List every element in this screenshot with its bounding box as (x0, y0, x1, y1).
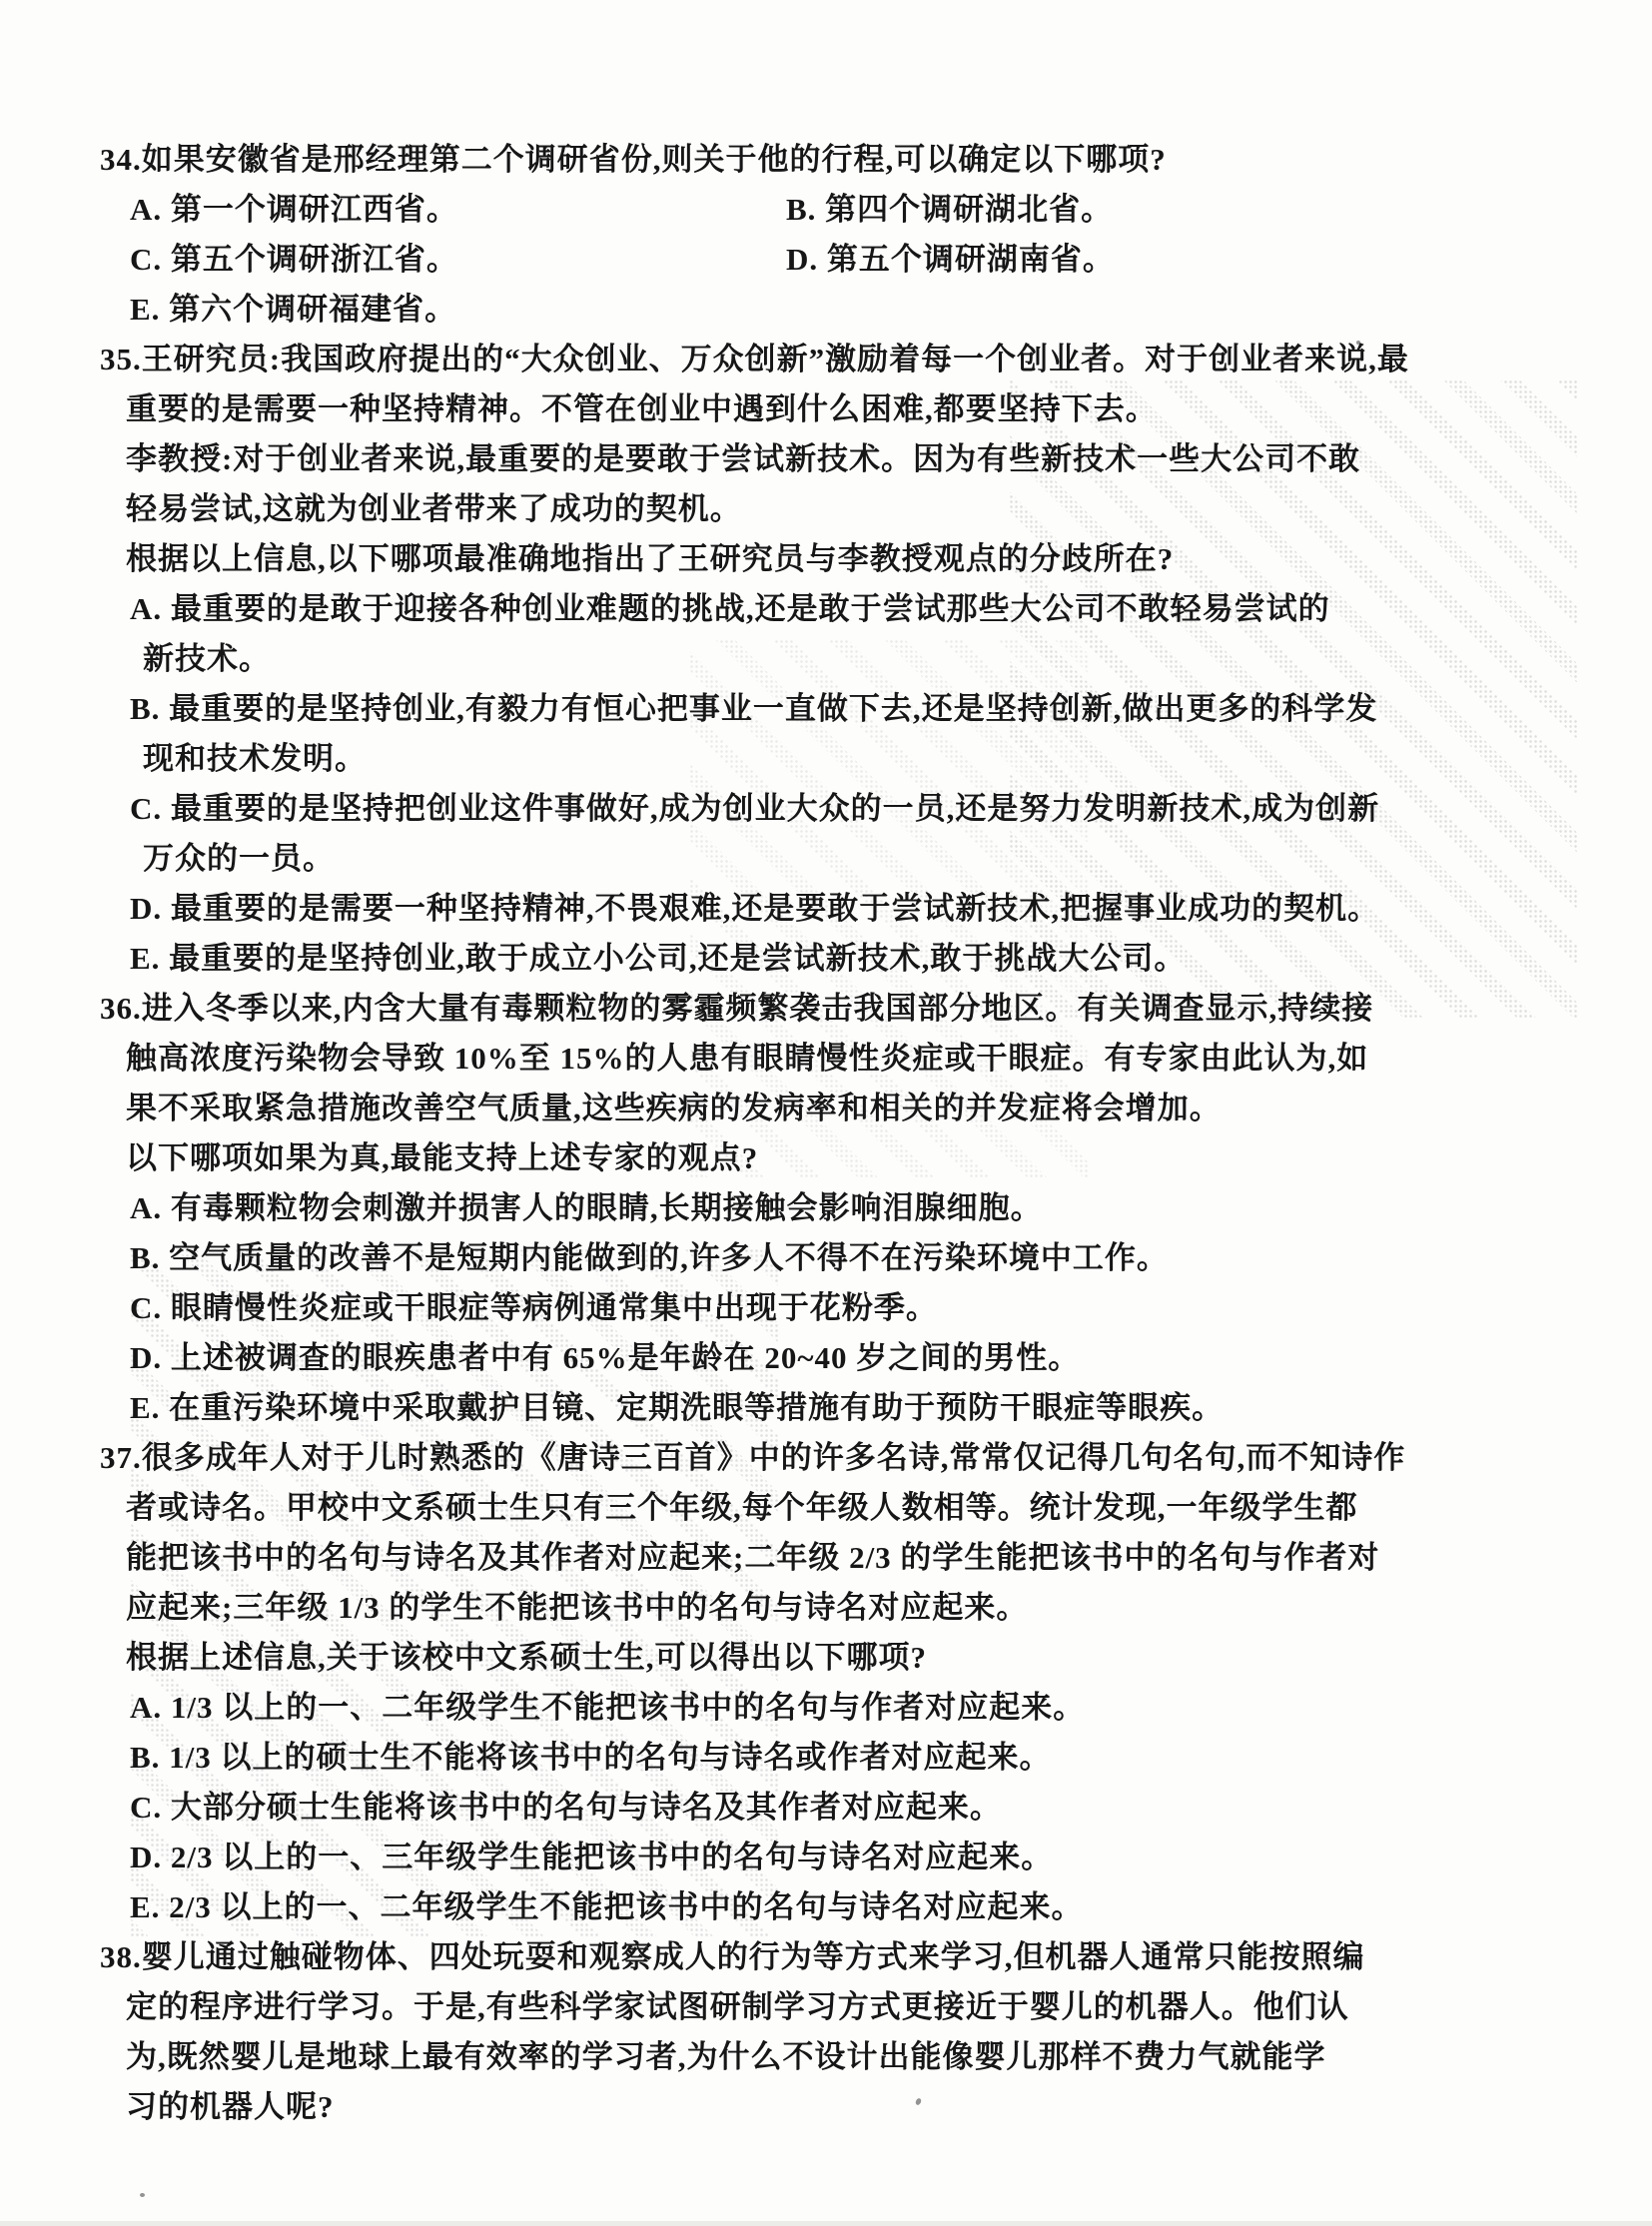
question-38-stem: 38.婴儿通过触碰物体、四处玩耍和观察成人的行为等方式来学习,但机器人通常只能按… (0, 1932, 1652, 1982)
question-35-option-A: A. 最重要的是敢于迎接各种创业难题的挑战,还是敢于尝试那些大公司不敢轻易尝试的 (0, 584, 1652, 634)
question-34-stem: 34.如果安徽省是邢经理第二个调研省份,则关于他的行程,可以确定以下哪项? (0, 135, 1652, 185)
question-36-stem-line: 以下哪项如果为真,最能支持上述专家的观点? (0, 1133, 1652, 1183)
question-34-option-E: E. 第六个调研福建省。 (0, 285, 1652, 335)
question-38-stem-line: 习的机器人呢? (0, 2082, 1652, 2132)
scan-speck (1356, 341, 1360, 345)
question-35-option-C: C. 最重要的是坚持把创业这件事做好,成为创业大众的一员,还是努力发明新技术,成… (0, 784, 1652, 834)
question-36-stem-line: 果不采取紧急措施改善空气质量,这些疾病的发病率和相关的并发症将会增加。 (0, 1084, 1652, 1133)
question-35-stem-line: 根据以上信息,以下哪项最准确地指出了王研究员与李教授观点的分歧所在? (0, 534, 1652, 584)
question-37-stem-line: 应起来;三年级 1/3 的学生不能把该书中的名句与诗名对应起来。 (0, 1583, 1652, 1633)
question-36-option-A: A. 有毒颗粒物会刺激并损害人的眼睛,长期接触会影响泪腺细胞。 (0, 1183, 1652, 1233)
question-35-stem-line: 李教授:对于创业者来说,最重要的是要敢于尝试新技术。因为有些新技术一些大公司不敢 (0, 434, 1652, 484)
question-34-option-row: C. 第五个调研浙江省。D. 第五个调研湖南省。 (0, 235, 1652, 285)
scanned-exam-page: 34.如果安徽省是邢经理第二个调研省份,则关于他的行程,可以确定以下哪项?A. … (0, 0, 1652, 2226)
question-34-option-A: A. 第一个调研江西省。 (130, 192, 458, 227)
question-36-option-D: D. 上述被调查的眼疾患者中有 65%是年龄在 20~40 岁之间的男性。 (0, 1333, 1652, 1383)
question-34-option-row: A. 第一个调研江西省。B. 第四个调研湖北省。 (0, 185, 1652, 235)
question-37-option-C: C. 大部分硕士生能将该书中的名句与诗名及其作者对应起来。 (0, 1783, 1652, 1833)
question-38-stem-line: 定的程序进行学习。于是,有些科学家试图研制学习方式更接近于婴儿的机器人。他们认 (0, 1982, 1652, 2032)
question-35-stem-line: 重要的是需要一种坚持精神。不管在创业中遇到什么困难,都要坚持下去。 (0, 384, 1652, 434)
question-35-option-continuation: 现和技术发明。 (0, 734, 1652, 784)
question-35-stem-line: 轻易尝试,这就为创业者带来了成功的契机。 (0, 484, 1652, 534)
question-37-option-D: D. 2/3 以上的一、三年级学生能把该书中的名句与诗名对应起来。 (0, 1833, 1652, 1882)
question-37-stem-line: 者或诗名。甲校中文系硕士生只有三个年级,每个年级人数相等。统计发现,一年级学生都 (0, 1483, 1652, 1533)
question-list: 34.如果安徽省是邢经理第二个调研省份,则关于他的行程,可以确定以下哪项?A. … (0, 135, 1652, 2132)
question-35-option-E: E. 最重要的是坚持创业,敢于成立小公司,还是尝试新技术,敢于挑战大公司。 (0, 934, 1652, 984)
question-38-stem-line: 为,既然婴儿是地球上最有效率的学习者,为什么不设计出能像婴儿那样不费力气就能学 (0, 2032, 1652, 2082)
question-37-option-E: E. 2/3 以上的一、二年级学生不能把该书中的名句与诗名对应起来。 (0, 1882, 1652, 1932)
scan-bottom-edge (0, 2221, 1652, 2226)
question-34-option-D: D. 第五个调研湖南省。 (786, 235, 1115, 285)
question-35-option-continuation: 万众的一员。 (0, 834, 1652, 884)
scan-speck (140, 2193, 145, 2197)
question-37-stem-line: 能把该书中的名句与诗名及其作者对应起来;二年级 2/3 的学生能把该书中的名句与… (0, 1533, 1652, 1583)
question-35-option-D: D. 最重要的是需要一种坚持精神,不畏艰难,还是要敢于尝试新技术,把握事业成功的… (0, 884, 1652, 934)
question-37-stem: 37.很多成年人对于儿时熟悉的《唐诗三百首》中的许多名诗,常常仅记得几句名句,而… (0, 1433, 1652, 1483)
question-34-option-B: B. 第四个调研湖北省。 (786, 185, 1113, 235)
question-35-option-B: B. 最重要的是坚持创业,有毅力有恒心把事业一直做下去,还是坚持创新,做出更多的… (0, 684, 1652, 734)
question-36-option-C: C. 眼睛慢性炎症或干眼症等病例通常集中出现于花粉季。 (0, 1283, 1652, 1333)
question-37-stem-line: 根据上述信息,关于该校中文系硕士生,可以得出以下哪项? (0, 1633, 1652, 1683)
question-36-stem-line: 触高浓度污染物会导致 10%至 15%的人患有眼睛慢性炎症或干眼症。有专家由此认… (0, 1034, 1652, 1084)
question-36-option-B: B. 空气质量的改善不是短期内能做到的,许多人不得不在污染环境中工作。 (0, 1233, 1652, 1283)
question-37-option-B: B. 1/3 以上的硕士生不能将该书中的名句与诗名或作者对应起来。 (0, 1733, 1652, 1783)
question-37-option-A: A. 1/3 以上的一、二年级学生不能把该书中的名句与作者对应起来。 (0, 1683, 1652, 1733)
question-36-stem: 36.进入冬季以来,内含大量有毒颗粒物的雾霾频繁袭击我国部分地区。有关调查显示,… (0, 984, 1652, 1034)
question-36-option-E: E. 在重污染环境中采取戴护目镜、定期洗眼等措施有助于预防干眼症等眼疾。 (0, 1383, 1652, 1433)
question-35-stem: 35.王研究员:我国政府提出的“大众创业、万众创新”激励着每一个创业者。对于创业… (0, 335, 1652, 384)
question-34-option-C: C. 第五个调研浙江省。 (130, 242, 458, 277)
question-35-option-continuation: 新技术。 (0, 634, 1652, 684)
